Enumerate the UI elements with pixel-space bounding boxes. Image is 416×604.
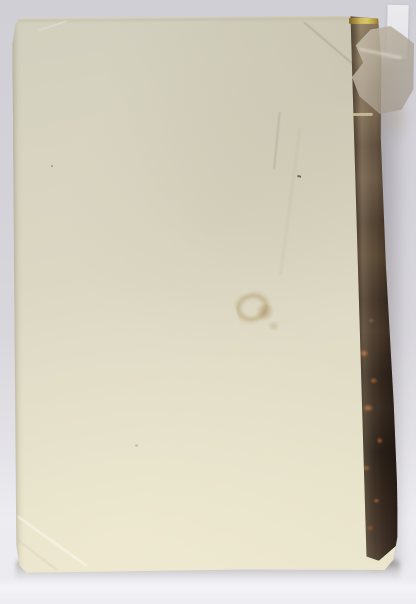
speck bbox=[135, 444, 138, 446]
table-surface bbox=[0, 577, 416, 604]
speck bbox=[51, 165, 53, 167]
stain-tail bbox=[266, 321, 281, 330]
gilt-edge bbox=[349, 18, 381, 24]
stain-blob bbox=[255, 305, 274, 321]
page-edge-sliver bbox=[352, 113, 373, 116]
tape-highlight bbox=[360, 48, 403, 60]
book bbox=[12, 15, 398, 574]
book-back-cover bbox=[12, 15, 398, 574]
photo-background bbox=[0, 0, 416, 604]
